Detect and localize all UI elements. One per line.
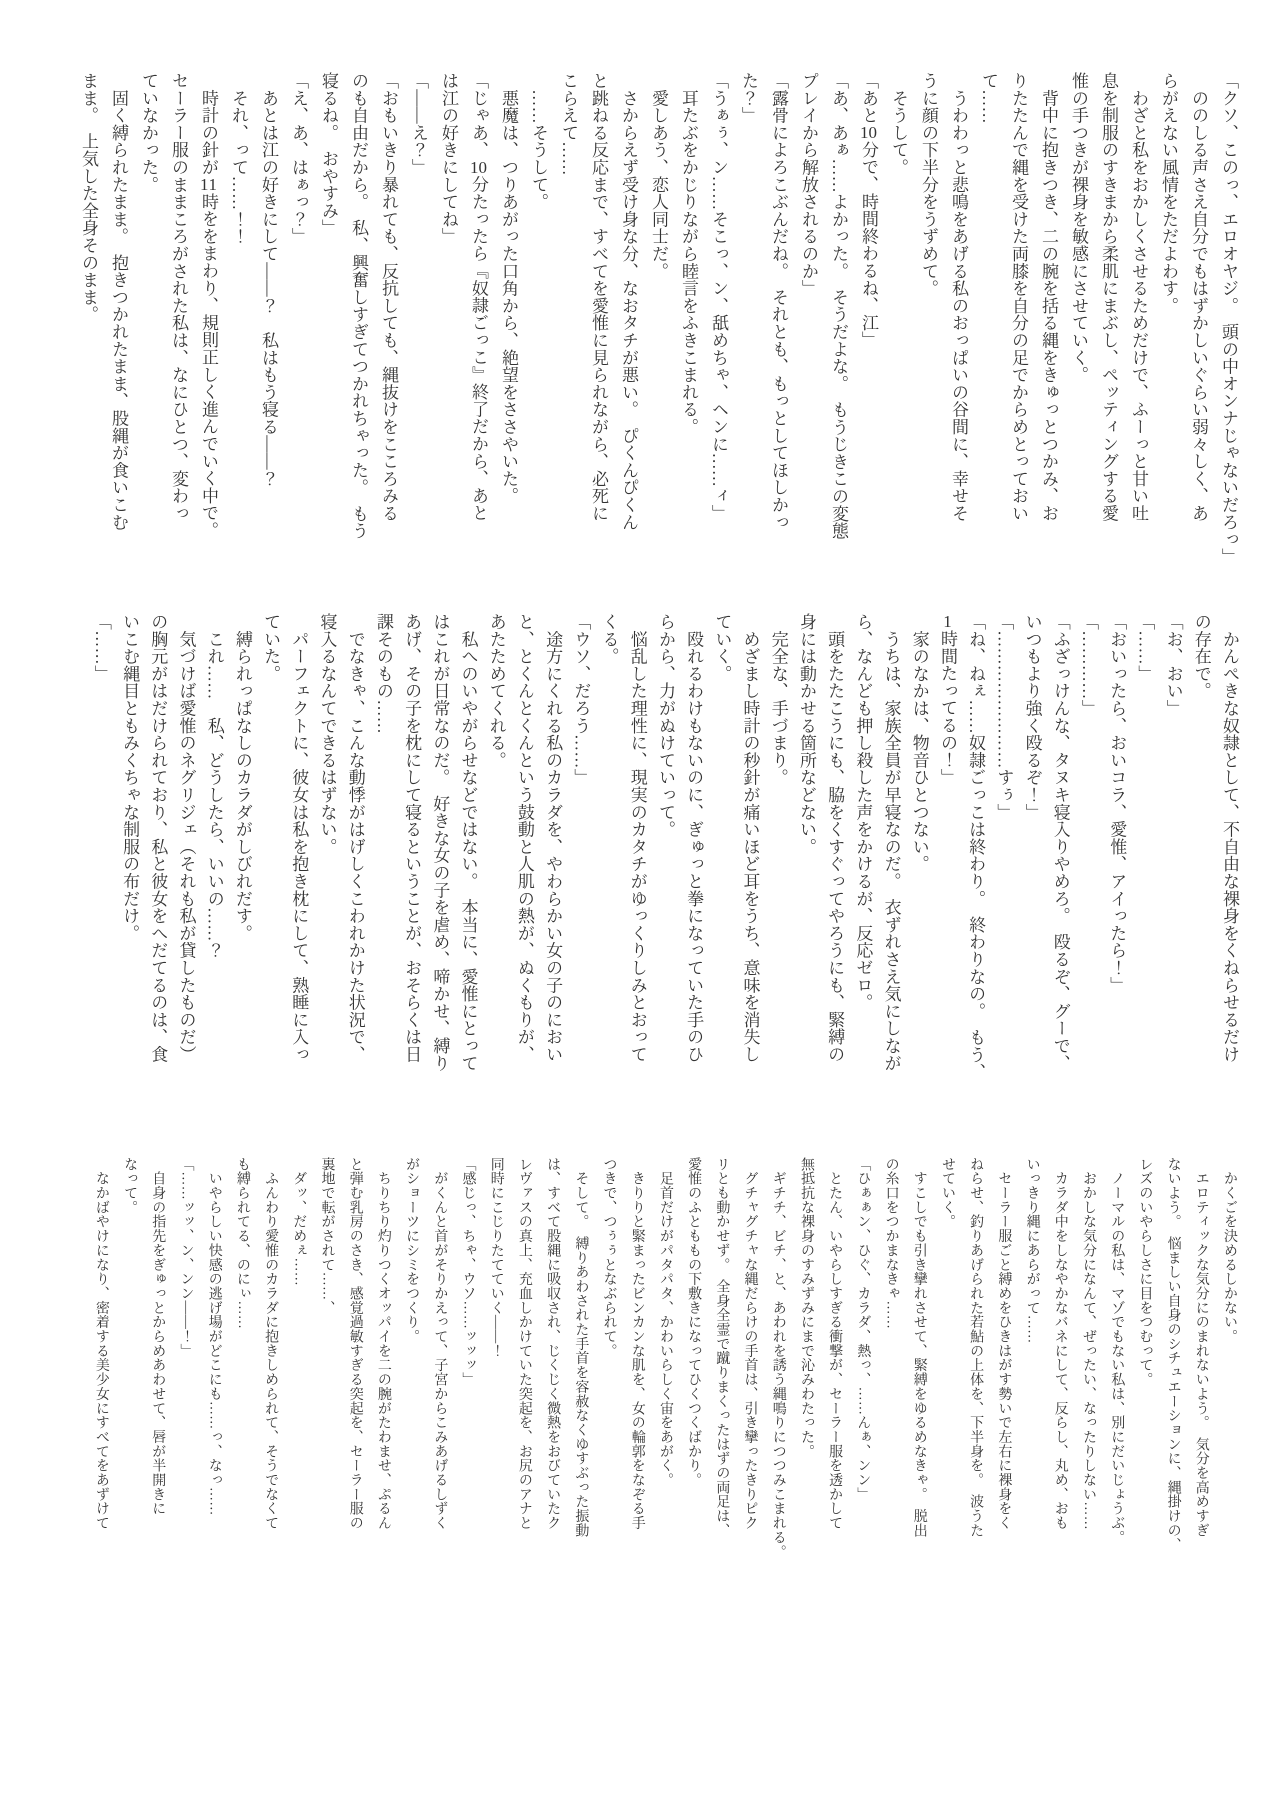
text-column: 私へのいやがらせなどではない。 本当に、愛惟にとって [453, 613, 481, 1118]
text-column: レヴァスの真上、充血しかけていた突起を、お尻のアナと [510, 1157, 538, 1559]
text-column: 身には動かせる箇所などない。 [792, 613, 820, 1118]
text-column: パーフェクトに、彼女は私を抱き枕にして、熟睡に入っ [284, 613, 312, 1118]
text-column: あげ、その子を枕にして寝るということが、おそらくは日 [397, 613, 425, 1118]
text-column: 「お、おい」 [1158, 613, 1186, 1118]
text-column: 悪魔は、つりあがった口角から、絶望をささやいた。 [493, 72, 523, 577]
text-column: の胸元がはだけられており、私と彼女をへだてるのは、食 [143, 613, 171, 1118]
text-column: つきで、つぅぅとなぶられて。 [594, 1157, 622, 1559]
text-column: らから、力がぬけていって。 [651, 613, 679, 1118]
text-column: も縛られてる、のにぃ…… [228, 1157, 256, 1559]
text-column: 「うぁぅ、ン……そこっ、ン、舐めちゃ、ヘンに……ィ」 [703, 72, 733, 577]
text-column: 1時間たってるの！」 [933, 613, 961, 1118]
text-column: 「あ、あぁ……よかった。 そうだよな。 もうじきこの変態 [823, 72, 853, 577]
text-column: はこれが日常なのだ。 好きな女の子を虐め、啼かせ、縛り [425, 613, 453, 1118]
text-column: 「……」 [87, 613, 115, 1118]
text-column: いつもより強く殴るぞ！」 [1017, 613, 1045, 1118]
text-column: ちりちり灼りつくオッパイを二の腕がたわませ、ぷるん [369, 1157, 397, 1559]
text-column: 息を制服のすきまから柔肌にまぶし、ペッティングする愛 [1093, 72, 1123, 577]
text-column: ……そうして。 [523, 72, 553, 577]
text-column: 寝入るなんてできるはずない。 [312, 613, 340, 1118]
text-column: 「……」 [1130, 613, 1158, 1118]
text-column: エロティックな気分にのまれないよう。 気分を高めすぎ [1187, 1157, 1215, 1559]
text-column: わざと私をおかしくさせるためだけで、ふーっと甘い吐 [1123, 72, 1153, 577]
text-column: こらえて…… [553, 72, 583, 577]
text-column: ダッ、だめぇ…… [284, 1157, 312, 1559]
text-column: 寝るね。 おやすみ」 [313, 72, 343, 577]
text-column: ふんわり愛惟のカラダに抱きしめられて、そうでなくて [256, 1157, 284, 1559]
text-column: かくごを決めるしかない。 [1215, 1157, 1243, 1559]
text-column: 「……ッッ、ン、ンン——！」 [171, 1157, 199, 1559]
text-column: いやらしい快感の逃げ場がどこにも……っ、なっ…… [199, 1157, 227, 1559]
text-column: ら、なんども押し殺した声をかけるが、反応ゼロ。 [848, 613, 876, 1118]
text-column: 課そのもの…… [369, 613, 397, 1118]
text-column: すこしでも引き攣れさせて、緊縛をゆるめなきゃ。 脱出 [905, 1157, 933, 1559]
text-column: 「…………」 [1074, 613, 1102, 1118]
text-column: 愛しあう、恋人同士だ。 [643, 72, 673, 577]
text-column: プレイから解放されるのか」 [793, 72, 823, 577]
text-column: た？」 [733, 72, 763, 577]
text-column: なかばやけになり、密着する美少女にすべてをあずけて [87, 1157, 115, 1559]
text-column: まま。 上気した全身そのまま。 [73, 72, 103, 577]
text-column: そうして。 [883, 72, 913, 577]
text-column: りたたんで縄を受けた両膝を自分の足でからめとっておい [1003, 72, 1033, 577]
text-column: 足首だけがパタパタ、かわいらしく宙をあがく。 [651, 1157, 679, 1559]
text-column: とたん、いやらしすぎる衝撃が、セーラー服を透かして [820, 1157, 848, 1559]
text-column: ていた。 [256, 613, 284, 1118]
text-column: の存在で。 [1187, 613, 1215, 1118]
text-column: 耳たぶをかじりながら睦言をふきこまれる。 [673, 72, 703, 577]
text-column: これ…… 私、どうしたら、いいの……？ [199, 613, 227, 1118]
text-column: 惟の手つきが裸身を敏感にさせていく。 [1063, 72, 1093, 577]
text-column: のも自由だから。 私、興奮しすぎてつかれちゃった。 もう [343, 72, 373, 577]
text-column: 家のなかは、物音ひとつない。 [905, 613, 933, 1118]
text-column: おかしな気分になんて、ぜったい、なったりしない…… [1074, 1157, 1102, 1559]
text-column: めざまし時計の秒針が痛いほど耳をうち、意味を消失し [735, 613, 763, 1118]
text-column: は江の好きにしてね」 [433, 72, 463, 577]
text-column: かんぺきな奴隷として、不自由な裸身をくねらせるだけ [1215, 613, 1243, 1118]
text-column: の糸口をつかまなきゃ…… [876, 1157, 904, 1559]
text-column: 「おもいきり暴れても、反抗しても、縄抜けをこころみる [373, 72, 403, 577]
text-column: くる。 [594, 613, 622, 1118]
text-column: セーラー服ごと縛めをひきはがす勢いで左右に裸身をく [989, 1157, 1017, 1559]
text-column: あたためてくれる。 [482, 613, 510, 1118]
text-column: 「感じっ、ちゃ、ウソ……ッッッ」 [453, 1157, 481, 1559]
text-column: 気づけば愛惟のネグリジェ（それも私が貸したものだ） [171, 613, 199, 1118]
text-column: レズのいやらしさに目をつむって。 [1130, 1157, 1158, 1559]
text-column: 「クソ、このっ、エロオヤジ。 頭の中オンナじゃないだろっ」 [1213, 72, 1243, 577]
text-column: 無抵抗な裸身のすみずみにまで沁みわたった。 [792, 1157, 820, 1559]
text-column: グチャグチャな縄だらけの手首は、引き攣ったきりピク [735, 1157, 763, 1559]
text-column: らがえない風情をただよわす。 [1153, 72, 1183, 577]
text-column: 同時にこじりたてていく——！ [482, 1157, 510, 1559]
text-column: そして。 縛りあわされた手首を容赦なくゆすぶった振動 [566, 1157, 594, 1559]
text-column: ギチチ、ビチ、と、あわれを誘う縄鳴りにつつみこまれる。 [764, 1157, 792, 1559]
text-column: ののしる声さえ自分でもはずかしいぐらい弱々しく、あ [1183, 72, 1213, 577]
text-column: て…… [973, 72, 1003, 577]
text-column: カラダ中をしなやかなバネにして、反らし、丸め、おも [1046, 1157, 1074, 1559]
text-column: それ、って……！！ [223, 72, 253, 577]
text-column: うちは、家族全員が早寝なのだ。 衣ずれさえ気にしなが [876, 613, 904, 1118]
text-column: 「え、あ、はぁっ？」 [283, 72, 313, 577]
text-column: 「……………………すぅ」 [989, 613, 1017, 1118]
text-column: がくんと首がそりかえって、子宮からこみあげるしずく [425, 1157, 453, 1559]
text-column: 完全な、手づまり。 [764, 613, 792, 1118]
text-column: ていなかった。 [133, 72, 163, 577]
text-column: と、とくんとくんという鼓動と人肌の熱が、ぬくもりが、 [510, 613, 538, 1118]
text-column: 時計の針が11時ををまわり、規則正しく進んでいく中で。 [193, 72, 223, 577]
text-column: なって。 [115, 1157, 143, 1559]
text-column: 「ひぁぁン、ひぐ、カラダ、熱っ、……んぁ、ンン」 [848, 1157, 876, 1559]
text-column: は、すべて股縄に吸収され、じくじく微熱をおびていたク [538, 1157, 566, 1559]
text-block-top: 「クソ、このっ、エロオヤジ。 頭の中オンナじゃないだろっ」 ののしる声さえ自分で… [73, 72, 1243, 577]
text-column: と弾む乳房のさき、感覚過敏すぎる突起を、セーラー服の [341, 1157, 369, 1559]
text-column: 縛られっぱなしのカラダがしびれだす。 [228, 613, 256, 1118]
text-column: ノーマルの私は、マゾでもない私は、別にだいじょうぶ。 [1102, 1157, 1130, 1559]
text-column: 「ウソ、だろう……」 [566, 613, 594, 1118]
text-column: 「露骨によろこぶんだね。 それとも、もっとしてほしかっ [763, 72, 793, 577]
text-column: ねらせ、釣りあげられた若鮎の上体を、下半身を。 波うた [961, 1157, 989, 1559]
text-block-middle: かんぺきな奴隷として、不自由な裸身をくねらせるだけの存在で。「お、おい」「……」… [87, 613, 1243, 1118]
text-column: あとは江の好きにして——？ 私はもう寝る——？ [253, 72, 283, 577]
text-column: ないよう。 悩ましい自身のシチュエーションに、縄掛けの、 [1158, 1157, 1186, 1559]
text-column: リとも動かせず。 全身全霊で蹴りまくったはずの両足は、 [707, 1157, 735, 1559]
text-column: 「ふざっけんな、タヌキ寝入りやめろ。 殴るぞ、グーで、 [1046, 613, 1074, 1118]
text-column: 自身の指先をぎゅっとからめあわせて、唇が半開きに [143, 1157, 171, 1559]
text-column: 「——え？」 [403, 72, 433, 577]
text-column: セーラー服のままころがされた私は、なにひとつ、変わっ [163, 72, 193, 577]
text-column: さからえず受け身な分、なおタチが悪い。 ぴくんぴくん [613, 72, 643, 577]
text-column: と跳ねる反応まで、すべてを愛惟に見られながら、必死に [583, 72, 613, 577]
text-column: うに顔の下半分をうずめて。 [913, 72, 943, 577]
text-column: うわわっと悲鳴をあげる私のおっぱいの谷間に、幸せそ [943, 72, 973, 577]
text-column: 頭をたたこうにも、脇をくすぐってやろうにも、緊縛の [820, 613, 848, 1118]
text-column: せていく。 [933, 1157, 961, 1559]
text-column: がショーツにシミをつくり。 [397, 1157, 425, 1559]
novel-page: 「クソ、このっ、エロオヤジ。 頭の中オンナじゃないだろっ」 ののしる声さえ自分で… [0, 0, 1280, 1807]
text-column: 悩乱した理性に、現実のカタチがゆっくりしみとおって [623, 613, 651, 1118]
text-block-bottom: かくごを決めるしかない。 エロティックな気分にのまれないよう。 気分を高めすぎな… [87, 1157, 1243, 1559]
text-column: きりりと緊まったビンカンな肌を、女の輪郭をなぞる手 [623, 1157, 651, 1559]
text-column: 「じゃあ、10分たったら『奴隷ごっこ』終了だから、あと [463, 72, 493, 577]
text-column: 背中に抱きつき、二の腕を括る縄をきゅっとつかみ、お [1033, 72, 1063, 577]
text-column: 固く縛られたまま。 抱きつかれたまま、股縄が食いこむ [103, 72, 133, 577]
text-column: いこむ縄目ともみくちゃな制服の布だけ。 [115, 613, 143, 1118]
text-column: 殴れるわけもないのに、ぎゅっと拳になっていた手のひ [679, 613, 707, 1118]
text-column: 「おいったら、おいコラ、愛惟、アイったら！」 [1102, 613, 1130, 1118]
text-column: 「ね、ねぇ……奴隷ごっこは終わり。 終わりなの。 もう、 [961, 613, 989, 1118]
text-column: 愛惟のふとももの下敷きになってひくつくばかり。 [679, 1157, 707, 1559]
text-column: ていく。 [707, 613, 735, 1118]
text-column: いっきり縄にあらがって…… [1017, 1157, 1045, 1559]
text-column: 途方にくれる私のカラダを、やわらかい女の子のにおい [538, 613, 566, 1118]
text-column: 「あと10分で、時間終わるね、江」 [853, 72, 883, 577]
text-column: 裏地で転がされて……、 [312, 1157, 340, 1559]
text-column: でなきゃ、こんな動悸がはげしくこわれかけた状況で、 [341, 613, 369, 1118]
